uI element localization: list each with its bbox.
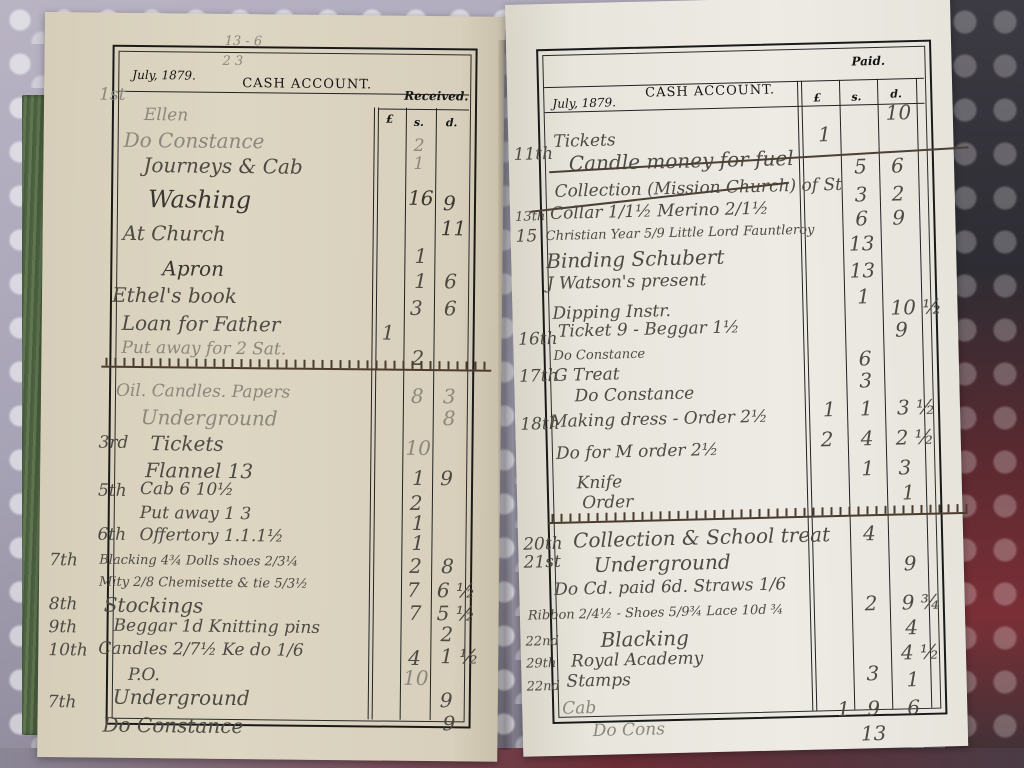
entry-text: G Treat: [554, 364, 620, 386]
entry-text: Do Cons: [593, 719, 666, 741]
entry-s: 2: [409, 554, 422, 578]
entry-s: 13: [849, 258, 875, 283]
entry-d: 8: [441, 554, 454, 578]
entry-d: 1: [906, 667, 919, 691]
entry-s: 13: [861, 721, 887, 746]
entry-date: 5th: [98, 481, 127, 501]
entry-date: 7th: [49, 550, 78, 570]
entry-d: 6: [907, 695, 920, 719]
entry-text: Do for M order 2½: [556, 440, 719, 464]
margin-note: 13 - 6: [225, 34, 263, 49]
entry-s: 3: [859, 368, 872, 392]
entry-d: 9: [440, 688, 453, 712]
entry-s: 1: [412, 466, 425, 490]
entry-text: J Watson's present: [547, 270, 707, 294]
entry-s: 3: [410, 296, 423, 320]
entry-d: 3: [443, 384, 456, 408]
entry-date: 22nd: [526, 679, 560, 695]
entry-s: 1: [861, 456, 874, 480]
entry-text: Do Constance: [574, 383, 694, 406]
entry-text: Journeys & Cab: [143, 153, 303, 179]
entry-text: Beggar 1d Knitting pins: [113, 616, 320, 638]
entry-s: 1: [414, 244, 427, 268]
entry-text: Stockings: [104, 593, 204, 618]
entry-d: 2 ½: [895, 425, 934, 450]
entry-date: 9th: [48, 617, 77, 637]
entry-s: 7: [409, 601, 422, 625]
page-title: CASH ACCOUNT.: [242, 76, 372, 92]
entry-s: 5: [854, 154, 867, 178]
entry-text: Binding Schubert: [546, 245, 725, 273]
entry-d: 6: [444, 269, 457, 293]
entry-date: 22nd: [525, 634, 559, 650]
entry-text: Apron: [162, 256, 224, 281]
entry-d: 9: [440, 466, 453, 490]
entry-date: 7th: [48, 692, 77, 712]
entry-d: 4: [905, 615, 918, 639]
entry-d: 4 ½: [901, 640, 940, 665]
entry-d: 1: [902, 480, 915, 504]
entry-text: Offertory 1.1.1½: [139, 525, 283, 547]
entry-date: 1st: [99, 85, 126, 105]
entry-text: At Church: [123, 221, 226, 246]
entry-d: 9: [903, 551, 916, 575]
entry-date: 13th: [515, 209, 545, 225]
entry-l: 2: [820, 427, 833, 451]
entry-l: 1: [382, 321, 395, 345]
entry-date: 15: [515, 226, 537, 247]
entry-d: 3: [898, 455, 911, 479]
entry-text: Cab: [562, 698, 597, 719]
unit-pounds: £: [813, 91, 821, 104]
unit-pence: d.: [446, 116, 458, 129]
entry-s: 6: [858, 346, 871, 370]
entry-s: 4: [863, 521, 876, 545]
entry-text: Ellen: [144, 105, 189, 125]
entry-date: 10th: [48, 640, 88, 660]
entry-date: 8th: [49, 594, 78, 614]
page-date: July, 1879.: [552, 95, 616, 111]
entry-s: 1: [414, 269, 427, 293]
entry-d: 1 ½: [440, 644, 479, 668]
entry-text: Knife: [576, 472, 622, 493]
entry-text: Order: [582, 492, 634, 513]
entry-text: Candles 2/7½ Ke do 1/6: [98, 639, 304, 661]
left-page: 13 - 6 2 3 July, 1879. CASH ACCOUNT. Rec…: [37, 12, 505, 762]
entry-d: 10: [885, 100, 911, 125]
entry-d: 6 ½: [437, 578, 476, 602]
entry-text: Blacking: [600, 626, 689, 652]
entry-d: 6: [444, 296, 457, 320]
entry-s: 1: [857, 284, 870, 308]
entry-date: 17th: [519, 366, 559, 387]
entry-text: Underground: [141, 405, 278, 430]
entry-s: 4: [860, 426, 873, 450]
entry-s: 3: [866, 661, 879, 685]
entry-text: Cab 6 10½: [140, 479, 234, 500]
entry-d: 2: [891, 181, 904, 205]
unit-shillings: s.: [851, 90, 861, 103]
entry-l: 1: [818, 122, 831, 146]
entry-d: 10 ½: [890, 294, 942, 319]
entry-text: Loan for Father: [122, 311, 281, 337]
unit-shillings: s.: [414, 116, 424, 129]
entry-text: Washing: [148, 185, 251, 214]
entry-l: 1: [823, 397, 836, 421]
entry-s: 2: [864, 591, 877, 615]
entry-d: 2: [440, 622, 453, 646]
entry-s: 10: [405, 436, 431, 460]
entry-s: 1: [413, 154, 424, 174]
entry-s: 10: [403, 666, 429, 690]
entry-date: 6th: [97, 525, 126, 545]
entry-text: Put away for 2 Sat.: [121, 338, 286, 360]
entry-text: Royal Academy: [571, 648, 704, 671]
entry-date: 29th: [526, 656, 556, 672]
entry-date: 3rd: [98, 433, 128, 453]
entry-text: Tickets: [150, 431, 223, 456]
column-header-received: Received.: [404, 89, 468, 104]
entry-text: Stamps: [566, 670, 631, 692]
entry-d: 9: [892, 205, 905, 229]
entry-s: 16: [408, 186, 434, 210]
entry-s: 9: [867, 696, 880, 720]
entry-d: 8: [443, 406, 456, 430]
right-page: Paid. July, 1879. CASH ACCOUNT. £ s. d. …: [505, 0, 968, 757]
entry-text: Put away 1 3: [140, 503, 252, 524]
entry-d: 9: [442, 711, 455, 735]
entry-d: 9: [443, 191, 456, 215]
entry-text: Do Constance: [553, 347, 645, 364]
entry-s: 6: [855, 206, 868, 230]
entry-s: 7: [407, 578, 420, 602]
entry-text: Underground: [113, 685, 250, 710]
entry-text: Underground: [593, 550, 730, 577]
entry-d: 11: [441, 216, 467, 240]
unit-pounds: £: [386, 113, 394, 126]
entry-text: Oil. Candles. Papers: [116, 381, 290, 403]
entry-text: Ethel's book: [112, 283, 237, 308]
entry-text: Blacking 4¾ Dolls shoes 2/3¼: [99, 553, 298, 570]
entry-text: Tickets: [553, 130, 616, 152]
entry-s: 1: [860, 396, 873, 420]
page-date: July, 1879.: [132, 68, 196, 83]
entry-d: 9 ¾: [901, 590, 940, 615]
entry-s: 1: [411, 531, 424, 555]
entry-d: 6: [891, 153, 904, 177]
entry-text: P.O.: [128, 665, 160, 685]
page-title: CASH ACCOUNT.: [645, 82, 775, 100]
column-header-paid: Paid.: [851, 54, 885, 69]
entry-s: 13: [849, 231, 875, 256]
entry-s: 3: [854, 182, 867, 206]
entry-date: 16th: [518, 329, 558, 350]
entry-date: 11th: [513, 144, 553, 165]
entry-date: 21st: [523, 552, 561, 573]
entry-s: 8: [411, 384, 424, 408]
margin-note: 2 3: [222, 54, 243, 69]
entry-text: Do Constance: [124, 128, 265, 153]
entry-d: 3 ½: [897, 395, 936, 420]
entry-d: 9: [895, 317, 908, 341]
unit-pence: d.: [890, 87, 902, 100]
entry-l: 1: [837, 697, 850, 721]
entry-text: Mity 2/8 Chemisette & tie 5/3½: [99, 575, 308, 592]
entry-text: Do Constance: [102, 713, 243, 738]
